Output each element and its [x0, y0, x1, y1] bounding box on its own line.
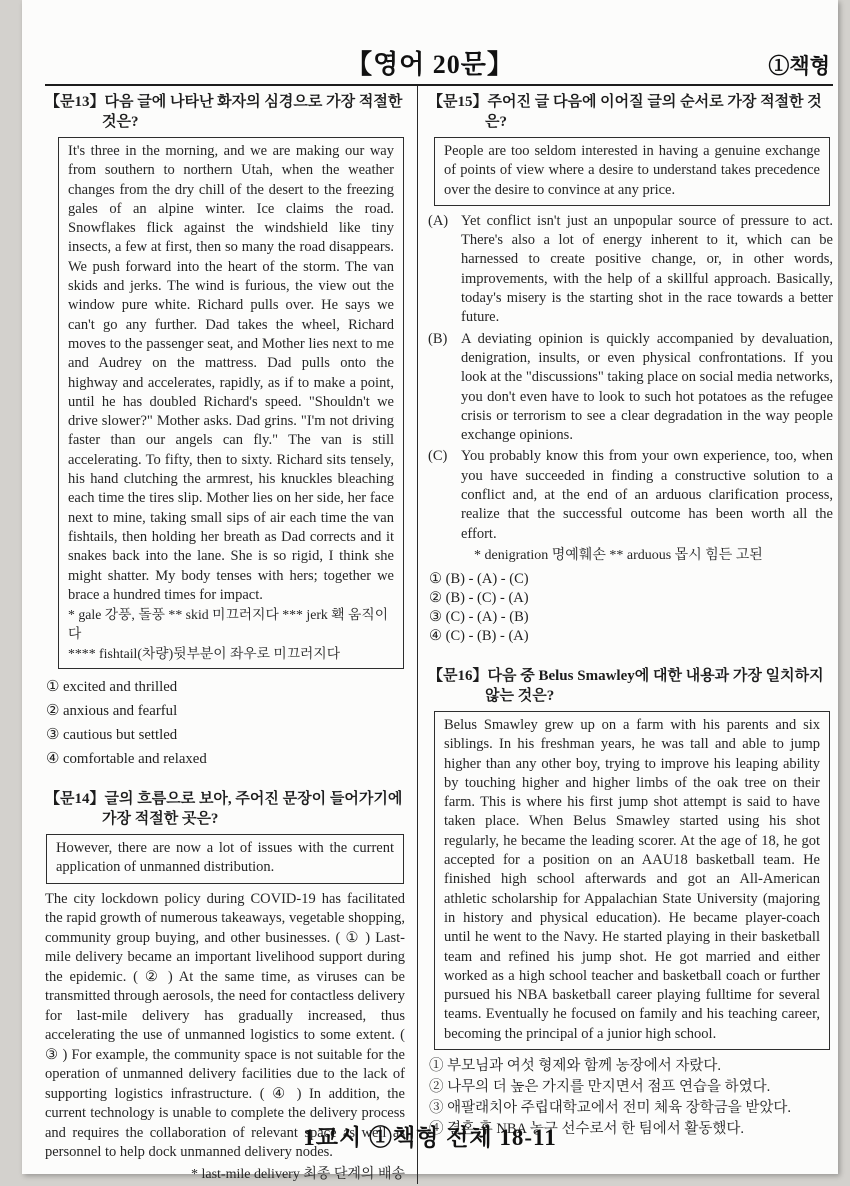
ordering-paragraph-B: (B) A deviating opinion is quickly accom…: [428, 330, 833, 446]
question-15-given-paragraph: People are too seldom interested in havi…: [444, 142, 820, 200]
header-divider: [45, 84, 833, 86]
question-14-footnote: * last-mile delivery 최종 단계의 배송: [45, 1165, 405, 1184]
right-column: 【문15】주어진 글 다음에 이어질 글의 순서로 가장 적절한 것은? Peo…: [417, 86, 833, 1184]
question-13-glossary-line-2: **** fishtail(차량)뒷부분이 좌우로 미끄러지다: [68, 644, 394, 663]
choice-item: ④ comfortable and relaxed: [46, 747, 405, 771]
paragraph-text: Yet conflict isn't just an unpopular sou…: [461, 212, 833, 328]
paragraph-text: A deviating opinion is quickly accompani…: [461, 330, 833, 446]
question-15-glossary: * denigration 명예훼손 ** arduous 몹시 힘든 고된: [474, 546, 833, 566]
question-13-passage-box: It's three in the morning, and we are ma…: [58, 137, 404, 669]
question-16-prompt: 【문16】다음 중 Belus Smawley에 대한 내용과 가장 일치하지 …: [428, 666, 833, 706]
left-column: 【문13】다음 글에 나타난 화자의 심경으로 가장 적절한 것은? It's …: [45, 86, 417, 1184]
question-16-label: 【문16】: [428, 668, 488, 684]
choice-item: ① 부모님과 여섯 형제와 함께 농장에서 자랐다.: [429, 1056, 833, 1077]
exam-title: 【영어 20문】: [22, 44, 838, 81]
paragraph-text: You probably know this from your own exp…: [461, 447, 833, 543]
question-13: 【문13】다음 글에 나타난 화자의 심경으로 가장 적절한 것은? It's …: [45, 92, 405, 771]
two-column-layout: 【문13】다음 글에 나타난 화자의 심경으로 가장 적절한 것은? It's …: [45, 86, 833, 1184]
question-13-label: 【문13】: [45, 94, 105, 110]
question-15-prompt: 【문15】주어진 글 다음에 이어질 글의 순서로 가장 적절한 것은?: [428, 92, 833, 132]
choice-item: ① (B) - (A) - (C): [429, 570, 833, 589]
question-16-passage: Belus Smawley grew up on a farm with his…: [444, 716, 820, 1044]
choice-item: ① excited and thrilled: [46, 675, 405, 699]
page-header: 【영어 20문】 ①책형: [22, 0, 838, 86]
question-13-glossary-line-1: * gale 강풍, 돌풍 ** skid 미끄러지다 *** jerk 홱 움…: [68, 605, 394, 644]
choice-item: ③ 애팔래치아 주립대학교에서 전미 체육 장학금을 받았다.: [429, 1098, 833, 1119]
paragraph-label: (A): [428, 212, 461, 328]
question-16: 【문16】다음 중 Belus Smawley에 대한 내용과 가장 일치하지 …: [428, 666, 833, 1140]
question-15-given-paragraph-box: People are too seldom interested in havi…: [434, 137, 830, 206]
question-15: 【문15】주어진 글 다음에 이어질 글의 순서로 가장 적절한 것은? Peo…: [428, 92, 833, 646]
choice-item: ③ cautious but settled: [46, 723, 405, 747]
choice-item: ② 나무의 더 높은 가지를 만지면서 점프 연습을 하였다.: [429, 1077, 833, 1098]
page-footer: 1교시 ①책형 전체 18-11: [22, 1119, 838, 1152]
question-14-prompt: 【문14】글의 흐름으로 보아, 주어진 문장이 들어가기에 가장 적절한 곳은…: [45, 789, 405, 829]
question-15-label: 【문15】: [428, 94, 488, 110]
question-14-given-sentence: However, there are now a lot of issues w…: [56, 839, 394, 878]
question-13-passage: It's three in the morning, and we are ma…: [68, 142, 394, 605]
question-16-passage-box: Belus Smawley grew up on a farm with his…: [434, 711, 830, 1050]
exam-page: 【영어 20문】 ①책형 【문13】다음 글에 나타난 화자의 심경으로 가장 …: [22, 0, 838, 1174]
question-13-choices: ① excited and thrilled ② anxious and fea…: [46, 675, 405, 771]
ordering-paragraph-A: (A) Yet conflict isn't just an unpopular…: [428, 212, 833, 328]
question-13-prompt: 【문13】다음 글에 나타난 화자의 심경으로 가장 적절한 것은?: [45, 92, 405, 132]
paragraph-label: (B): [428, 330, 461, 446]
ordering-paragraph-C: (C) You probably know this from your own…: [428, 447, 833, 543]
booklet-type-label: ①책형: [768, 50, 830, 80]
choice-item: ④ (C) - (B) - (A): [429, 627, 833, 646]
question-14-given-sentence-box: However, there are now a lot of issues w…: [46, 834, 404, 884]
choice-item: ② (B) - (C) - (A): [429, 589, 833, 608]
choice-item: ② anxious and fearful: [46, 699, 405, 723]
choice-item: ③ (C) - (A) - (B): [429, 608, 833, 627]
question-15-choices: ① (B) - (A) - (C) ② (B) - (C) - (A) ③ (C…: [429, 570, 833, 646]
paragraph-label: (C): [428, 447, 461, 543]
question-14-label: 【문14】: [45, 791, 105, 807]
